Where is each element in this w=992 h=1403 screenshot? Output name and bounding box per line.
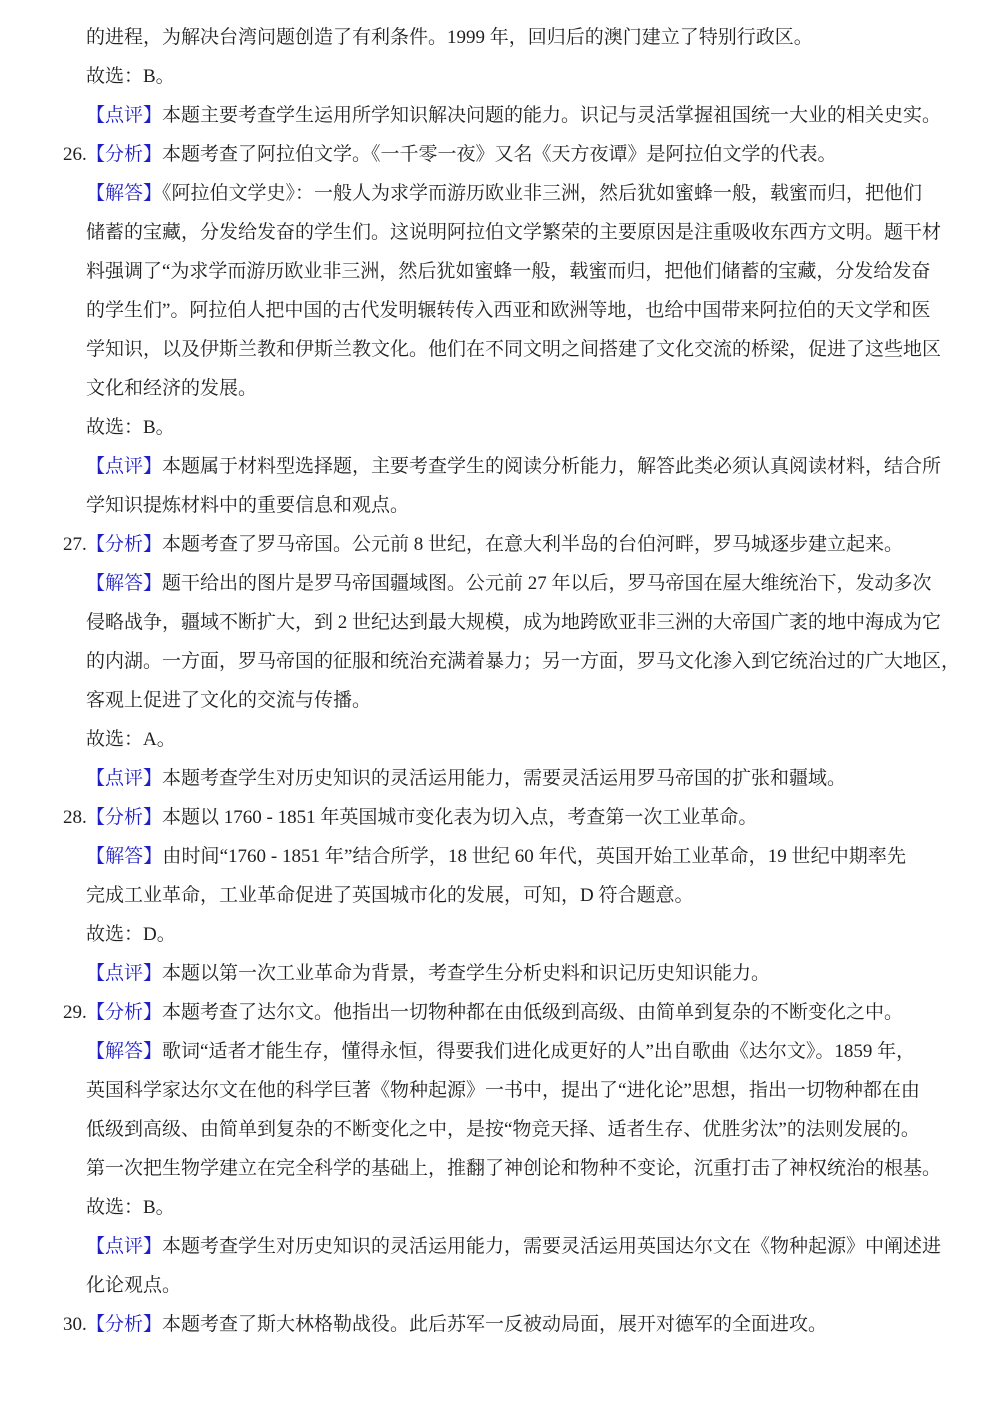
text-line: 完成工业革命，工业革命促进了英国城市化的发展，可知，D 符合题意。 — [86, 876, 906, 915]
line-text: 料强调了“为求学而游历欧业非三洲，然后犹如蜜蜂一般，载蜜而归，把他们储蓄的宝藏，… — [86, 261, 930, 282]
paragraph-analysis: 27.【分析】本题考查了罗马帝国。公元前 8 世纪，在意大利半岛的台伯河畔，罗马… — [86, 525, 906, 564]
text-line: 【点评】本题以第一次工业革命为背景，考查学生分析史料和识记历史知识能力。 — [86, 954, 906, 993]
text-line: 【点评】本题考查学生对历史知识的灵活运用能力，需要灵活运用英国达尔文在《物种起源… — [86, 1227, 906, 1266]
section-label-comment: 【点评】 — [86, 963, 162, 984]
line-text: 本题考查了阿拉伯文学。《一千零一夜》又名《天方夜谭》是阿拉伯文学的代表。 — [162, 144, 837, 165]
question-number: 27. — [63, 525, 87, 564]
text-line: 26.【分析】本题考查了阿拉伯文学。《一千零一夜》又名《天方夜谭》是阿拉伯文学的… — [86, 135, 906, 174]
line-text: 完成工业革命，工业革命促进了英国城市化的发展，可知，D 符合题意。 — [86, 885, 693, 906]
paragraph-analysis: 26.【分析】本题考查了阿拉伯文学。《一千零一夜》又名《天方夜谭》是阿拉伯文学的… — [86, 135, 906, 174]
text-line: 【解答】由时间“1760 - 1851 年”结合所学，18 世纪 60 年代，英… — [86, 837, 906, 876]
line-text: 故选：A。 — [86, 729, 176, 750]
section-label-comment: 【点评】 — [86, 1236, 162, 1257]
line-text: 歌词“适者才能生存，懂得永恒，得要我们进化成更好的人”出自歌曲《达尔文》。185… — [162, 1041, 915, 1062]
line-text: 故选：B。 — [86, 417, 175, 438]
section-label-answer: 【解答】 — [86, 573, 162, 594]
line-text: 的学生们”。阿拉伯人把中国的古代发明辗转传入西亚和欧洲等地，也给中国带来阿拉伯的… — [86, 300, 930, 321]
text-line: 第一次把生物学建立在完全科学的基础上，推翻了神创论和物种不变论，沉重打击了神权统… — [86, 1149, 906, 1188]
paragraph-comment: 【点评】本题考查学生对历史知识的灵活运用能力，需要灵活运用罗马帝国的扩张和疆域。 — [86, 759, 906, 798]
paragraph-answer: 【解答】题干给出的图片是罗马帝国疆域图。公元前 27 年以后，罗马帝国在屋大维统… — [86, 564, 906, 720]
text-line: 故选：B。 — [86, 1188, 906, 1227]
text-line: 故选：A。 — [86, 720, 906, 759]
text-line: 【点评】本题主要考查学生运用所学知识解决问题的能力。识记与灵活掌握祖国统一大业的… — [86, 96, 906, 135]
line-text: 本题考查了斯大林格勒战役。此后苏军一反被动局面，展开对德军的全面进攻。 — [162, 1314, 827, 1335]
question-number: 28. — [63, 798, 87, 837]
line-text: 文化和经济的发展。 — [86, 378, 257, 399]
paragraph-choice: 故选：B。 — [86, 1188, 906, 1227]
line-text: 《阿拉伯文学史》：一般人为求学而游历欧业非三洲，然后犹如蜜蜂一般，载蜜而归，把他… — [162, 183, 922, 204]
text-line: 【点评】本题考查学生对历史知识的灵活运用能力，需要灵活运用罗马帝国的扩张和疆域。 — [86, 759, 906, 798]
text-line: 29.【分析】本题考查了达尔文。他指出一切物种都在由低级到高级、由简单到复杂的不… — [86, 993, 906, 1032]
text-line: 英国科学家达尔文在他的科学巨著《物种起源》一书中，提出了“进化论”思想，指出一切… — [86, 1071, 906, 1110]
line-text: 的内湖。一方面，罗马帝国的征服和统治充满着暴力；另一方面，罗马文化渗入到它统治过… — [86, 651, 960, 672]
text-line: 27.【分析】本题考查了罗马帝国。公元前 8 世纪，在意大利半岛的台伯河畔，罗马… — [86, 525, 906, 564]
line-text: 本题以第一次工业革命为背景，考查学生分析史料和识记历史知识能力。 — [162, 963, 770, 984]
paragraph-comment: 【点评】本题主要考查学生运用所学知识解决问题的能力。识记与灵活掌握祖国统一大业的… — [86, 96, 906, 135]
text-line: 故选：B。 — [86, 408, 906, 447]
paragraph-analysis: 29.【分析】本题考查了达尔文。他指出一切物种都在由低级到高级、由简单到复杂的不… — [86, 993, 906, 1032]
line-text: 储蓄的宝藏，分发给发奋的学生们。这说明阿拉伯文学繁荣的主要原因是注重吸收东西方文… — [86, 222, 941, 243]
text-line: 储蓄的宝藏，分发给发奋的学生们。这说明阿拉伯文学繁荣的主要原因是注重吸收东西方文… — [86, 213, 906, 252]
line-text: 由时间“1760 - 1851 年”结合所学，18 世纪 60 年代，英国开始工… — [162, 846, 906, 867]
line-text: 第一次把生物学建立在完全科学的基础上，推翻了神创论和物种不变论，沉重打击了神权统… — [86, 1158, 941, 1179]
paragraph-choice: 故选：D。 — [86, 915, 906, 954]
text-line: 侵略战争，疆域不断扩大，到 2 世纪达到最大规模，成为地跨欧亚非三洲的大帝国广袤… — [86, 603, 906, 642]
line-text: 本题考查了达尔文。他指出一切物种都在由低级到高级、由简单到复杂的不断变化之中。 — [162, 1002, 903, 1023]
section-label-analysis: 【分析】 — [86, 534, 162, 555]
text-line: 学知识，以及伊斯兰教和伊斯兰教文化。他们在不同文明之间搭建了文化交流的桥梁，促进… — [86, 330, 906, 369]
text-line: 化论观点。 — [86, 1266, 906, 1305]
text-line: 的内湖。一方面，罗马帝国的征服和统治充满着暴力；另一方面，罗马文化渗入到它统治过… — [86, 642, 906, 681]
question-number: 30. — [63, 1305, 87, 1344]
section-label-answer: 【解答】 — [86, 1041, 162, 1062]
section-label-comment: 【点评】 — [86, 768, 162, 789]
text-line: 的进程，为解决台湾问题创造了有利条件。1999 年，回归后的澳门建立了特别行政区… — [86, 18, 906, 57]
question-number: 29. — [63, 993, 87, 1032]
line-text: 低级到高级、由简单到复杂的不断变化之中，是按“物竞天择、适者生存、优胜劣汰”的法… — [86, 1119, 920, 1140]
text-line: 文化和经济的发展。 — [86, 369, 906, 408]
text-line: 28.【分析】本题以 1760 - 1851 年英国城市变化表为切入点，考查第一… — [86, 798, 906, 837]
text-line: 故选：D。 — [86, 915, 906, 954]
paragraph-analysis: 28.【分析】本题以 1760 - 1851 年英国城市变化表为切入点，考查第一… — [86, 798, 906, 837]
line-text: 本题考查学生对历史知识的灵活运用能力，需要灵活运用英国达尔文在《物种起源》中阐述… — [162, 1236, 941, 1257]
line-text: 故选：D。 — [86, 924, 176, 945]
paragraph-comment: 【点评】本题考查学生对历史知识的灵活运用能力，需要灵活运用英国达尔文在《物种起源… — [86, 1227, 906, 1305]
section-label-analysis: 【分析】 — [86, 807, 162, 828]
text-line: 客观上促进了文化的交流与传播。 — [86, 681, 906, 720]
line-text: 本题考查了罗马帝国。公元前 8 世纪，在意大利半岛的台伯河畔，罗马城逐步建立起来… — [162, 534, 903, 555]
paragraph-answer: 【解答】《阿拉伯文学史》：一般人为求学而游历欧业非三洲，然后犹如蜜蜂一般，载蜜而… — [86, 174, 906, 408]
line-text: 题干给出的图片是罗马帝国疆域图。公元前 27 年以后，罗马帝国在屋大维统治下，发… — [162, 573, 932, 594]
paragraph-analysis: 30.【分析】本题考查了斯大林格勒战役。此后苏军一反被动局面，展开对德军的全面进… — [86, 1305, 906, 1344]
text-line: 的学生们”。阿拉伯人把中国的古代发明辗转传入西亚和欧洲等地，也给中国带来阿拉伯的… — [86, 291, 906, 330]
section-label-answer: 【解答】 — [86, 183, 162, 204]
section-label-comment: 【点评】 — [86, 105, 162, 126]
line-text: 故选：B。 — [86, 1197, 175, 1218]
line-text: 本题属于材料型选择题，主要考查学生的阅读分析能力，解答此类必须认真阅读材料，结合… — [162, 456, 941, 477]
text-line: 【点评】本题属于材料型选择题，主要考查学生的阅读分析能力，解答此类必须认真阅读材… — [86, 447, 906, 486]
text-line: 【解答】《阿拉伯文学史》：一般人为求学而游历欧业非三洲，然后犹如蜜蜂一般，载蜜而… — [86, 174, 906, 213]
section-label-analysis: 【分析】 — [86, 144, 162, 165]
text-line: 故选：B。 — [86, 57, 906, 96]
line-text: 本题以 1760 - 1851 年英国城市变化表为切入点，考查第一次工业革命。 — [162, 807, 757, 828]
text-line: 料强调了“为求学而游历欧业非三洲，然后犹如蜜蜂一般，载蜜而归，把他们储蓄的宝藏，… — [86, 252, 906, 291]
paragraph-choice: 故选：B。 — [86, 408, 906, 447]
line-text: 本题考查学生对历史知识的灵活运用能力，需要灵活运用罗马帝国的扩张和疆域。 — [162, 768, 846, 789]
text-line: 低级到高级、由简单到复杂的不断变化之中，是按“物竞天择、适者生存、优胜劣汰”的法… — [86, 1110, 906, 1149]
line-text: 的进程，为解决台湾问题创造了有利条件。1999 年，回归后的澳门建立了特别行政区… — [86, 27, 813, 48]
section-label-analysis: 【分析】 — [86, 1002, 162, 1023]
line-text: 学知识提炼材料中的重要信息和观点。 — [86, 495, 409, 516]
paragraph-choice: 故选：A。 — [86, 720, 906, 759]
question-number: 26. — [63, 135, 87, 174]
document-page: 的进程，为解决台湾问题创造了有利条件。1999 年，回归后的澳门建立了特别行政区… — [0, 0, 992, 1403]
line-text: 故选：B。 — [86, 66, 175, 87]
text-line: 【解答】题干给出的图片是罗马帝国疆域图。公元前 27 年以后，罗马帝国在屋大维统… — [86, 564, 906, 603]
document-content: 的进程，为解决台湾问题创造了有利条件。1999 年，回归后的澳门建立了特别行政区… — [86, 18, 906, 1344]
section-label-answer: 【解答】 — [86, 846, 162, 867]
line-text: 侵略战争，疆域不断扩大，到 2 世纪达到最大规模，成为地跨欧亚非三洲的大帝国广袤… — [86, 612, 941, 633]
paragraph-answer: 【解答】由时间“1760 - 1851 年”结合所学，18 世纪 60 年代，英… — [86, 837, 906, 915]
paragraph-answer-continued: 的进程，为解决台湾问题创造了有利条件。1999 年，回归后的澳门建立了特别行政区… — [86, 18, 906, 57]
paragraph-comment: 【点评】本题属于材料型选择题，主要考查学生的阅读分析能力，解答此类必须认真阅读材… — [86, 447, 906, 525]
section-label-analysis: 【分析】 — [86, 1314, 162, 1335]
text-line: 【解答】歌词“适者才能生存，懂得永恒，得要我们进化成更好的人”出自歌曲《达尔文》… — [86, 1032, 906, 1071]
text-line: 学知识提炼材料中的重要信息和观点。 — [86, 486, 906, 525]
section-label-comment: 【点评】 — [86, 456, 162, 477]
line-text: 本题主要考查学生运用所学知识解决问题的能力。识记与灵活掌握祖国统一大业的相关史实… — [162, 105, 941, 126]
text-line: 30.【分析】本题考查了斯大林格勒战役。此后苏军一反被动局面，展开对德军的全面进… — [86, 1305, 906, 1344]
line-text: 化论观点。 — [86, 1275, 181, 1296]
paragraph-comment: 【点评】本题以第一次工业革命为背景，考查学生分析史料和识记历史知识能力。 — [86, 954, 906, 993]
line-text: 客观上促进了文化的交流与传播。 — [86, 690, 371, 711]
line-text: 英国科学家达尔文在他的科学巨著《物种起源》一书中，提出了“进化论”思想，指出一切… — [86, 1080, 920, 1101]
paragraph-answer: 【解答】歌词“适者才能生存，懂得永恒，得要我们进化成更好的人”出自歌曲《达尔文》… — [86, 1032, 906, 1188]
line-text: 学知识，以及伊斯兰教和伊斯兰教文化。他们在不同文明之间搭建了文化交流的桥梁，促进… — [86, 339, 941, 360]
paragraph-choice: 故选：B。 — [86, 57, 906, 96]
